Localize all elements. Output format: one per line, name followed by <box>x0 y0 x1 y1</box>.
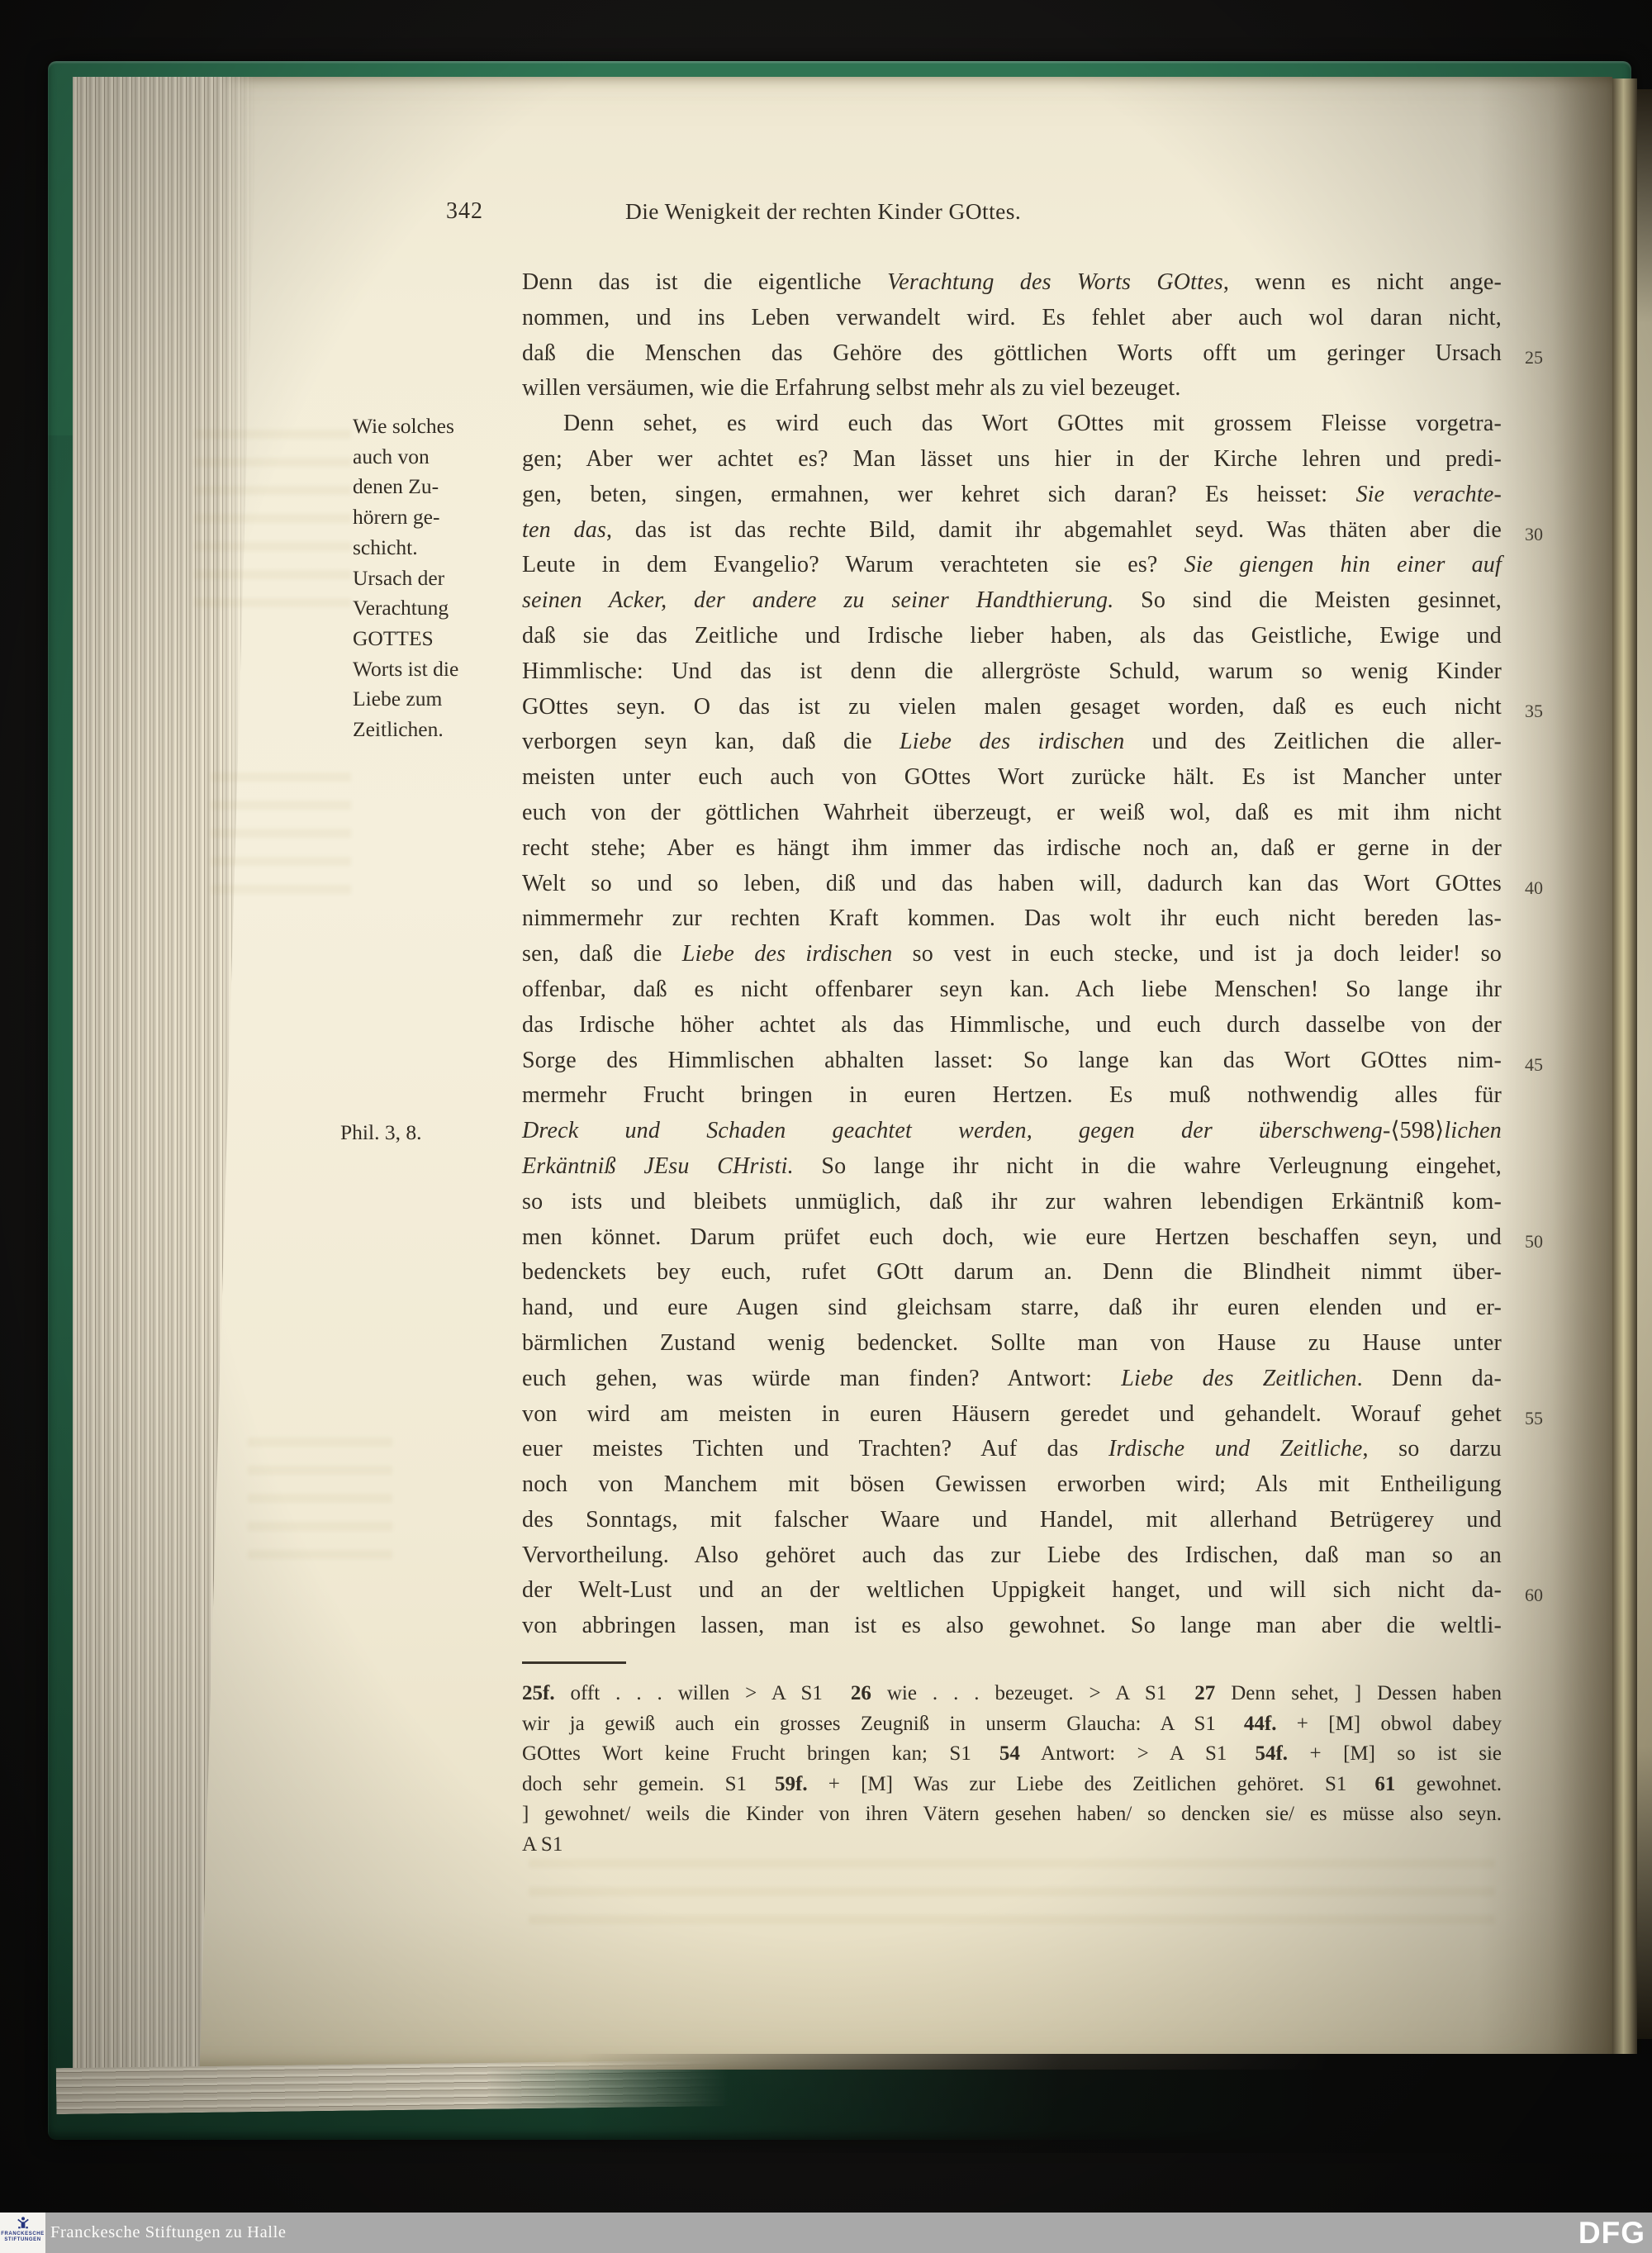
adjacent-page-edge <box>1637 89 1652 2039</box>
apparatus-line: GOttes Wort keine Frucht bringen kan; S1… <box>522 1739 1502 1770</box>
show-through-text <box>211 772 351 905</box>
text-line: Erkäntniß JEsu CHristi. So lange ihr nic… <box>522 1149 1502 1185</box>
line-number: 35 <box>1525 701 1543 722</box>
text-line: nommen, und ins Leben verwandelt wird. E… <box>522 301 1502 336</box>
shadow-overlay <box>578 2054 1652 2153</box>
margin-note: Wie solchesauch vondenen Zu-hörern ge-sc… <box>353 411 514 745</box>
text-line: seinen Acker, der andere zu seiner Handt… <box>522 583 1502 619</box>
text-line: Sorge des Himmlischen abhalten lasset: S… <box>522 1043 1502 1079</box>
text-line: Welt so und so leben, diß und das haben … <box>522 867 1502 902</box>
margin-note-line: Liebe zum <box>353 684 514 715</box>
apparatus-line: 25f. offt . . . willen > A S126 wie . . … <box>522 1679 1502 1709</box>
line-number: 40 <box>1525 877 1543 899</box>
margin-note-line: Zeitlichen. <box>353 715 514 745</box>
margin-note-line: auch von <box>353 442 514 473</box>
apparatus-line: ] gewohnet/ weils die Kinder von ihren V… <box>522 1799 1502 1830</box>
line-number: 25 <box>1525 347 1543 368</box>
text-line: Dreck und Schaden geachtet werden, gegen… <box>522 1114 1502 1149</box>
digitized-book-scan: 342 Die Wenigkeit der rechten Kinder GOt… <box>0 0 1652 2253</box>
text-line: der Welt-Lust und an der weltlichen Uppi… <box>522 1573 1502 1609</box>
body-text: Denn das ist die eigentliche Verachtung … <box>522 265 1502 1644</box>
text-line: euer meistes Tichten und Trachten? Auf d… <box>522 1432 1502 1467</box>
text-line: ten das, das ist das rechte Bild, damit … <box>522 513 1502 549</box>
text-line: daß die Menschen das Gehöre des göttlich… <box>522 336 1502 372</box>
institution-name: Franckesche Stiftungen zu Halle <box>50 2213 287 2253</box>
text-line: gen, beten, singen, ermahnen, wer kehret… <box>522 478 1502 513</box>
text-line: men könnet. Darum prüfet euch doch, wie … <box>522 1220 1502 1256</box>
franckesche-stiftungen-logo-box: FRANCKESCHE STIFTUNGEN <box>0 2213 45 2253</box>
text-line: recht stehe; Aber es hängt ihm immer das… <box>522 831 1502 867</box>
text-line: das Irdische höher achtet als das Himmli… <box>522 1008 1502 1043</box>
apparatus-line: doch sehr gemein. S159f. + [M] Was zur L… <box>522 1770 1502 1800</box>
text-line: von abbringen lassen, man ist es also ge… <box>522 1609 1502 1644</box>
text-line: Himmlische: Und das ist denn die allergr… <box>522 654 1502 690</box>
text-line: meisten unter euch auch von GOttes Wort … <box>522 760 1502 796</box>
text-line: von wird am meisten in euren Häusern ger… <box>522 1397 1502 1433</box>
franckesche-figure-icon <box>15 2215 31 2232</box>
margin-note-line: schicht. <box>353 533 514 563</box>
page-number: 342 <box>446 198 483 225</box>
show-through-text <box>194 430 351 620</box>
text-line: nimmermehr zur rechten Kraft kommen. Das… <box>522 901 1502 937</box>
line-number: 30 <box>1525 524 1543 545</box>
text-line: Denn das ist die eigentliche Verachtung … <box>522 265 1502 301</box>
text-line: offenbar, daß es nicht offenbarer seyn k… <box>522 972 1502 1008</box>
book-gutter <box>1612 78 1637 2063</box>
apparatus-line: wir ja gewiß auch ein grosses Zeugniß in… <box>522 1709 1502 1740</box>
margin-note-line: denen Zu- <box>353 472 514 502</box>
margin-note-line: Verachtung <box>353 593 514 624</box>
text-line: verborgen seyn kan, daß die Liebe des ir… <box>522 725 1502 760</box>
text-line: willen versäumen, wie die Erfahrung selb… <box>522 371 1502 406</box>
line-number: 60 <box>1525 1585 1543 1606</box>
text-line: Leute in dem Evangelio? Warum verachtete… <box>522 548 1502 583</box>
text-line: Denn sehet, es wird euch das Wort GOttes… <box>522 406 1502 442</box>
footnote-separator-rule <box>522 1661 626 1664</box>
text-line: bärmlichen Zustand wenig bedencket. Soll… <box>522 1326 1502 1362</box>
logo-caption-line2: STIFTUNGEN <box>0 2237 45 2243</box>
show-through-text <box>248 1438 392 1561</box>
margin-note-line: Wie solches <box>353 411 514 442</box>
text-line: noch von Manchem mit bösen Gewissen erwo… <box>522 1467 1502 1503</box>
margin-note-line: hörern ge- <box>353 502 514 533</box>
text-line: euch gehen, was würde man finden? Antwor… <box>522 1362 1502 1397</box>
critical-apparatus: 25f. offt . . . willen > A S126 wie . . … <box>522 1679 1502 1861</box>
text-line: GOttes seyn. O das ist zu vielen malen g… <box>522 690 1502 725</box>
apparatus-line: A S1 <box>522 1830 1502 1861</box>
margin-note-line: GOTTES <box>353 624 514 654</box>
line-number: 50 <box>1525 1231 1543 1252</box>
logo-caption-line1: FRANCKESCHE <box>0 2232 45 2237</box>
margin-note-bible-reference: Phil. 3, 8. <box>340 1120 421 1145</box>
line-number: 55 <box>1525 1408 1543 1429</box>
text-line: hand, und eure Augen sind gleichsam star… <box>522 1290 1502 1326</box>
footer-bar: Franckesche Stiftungen zu Halle DFG <box>45 2213 1652 2253</box>
text-line: euch von der göttlichen Wahrheit überzeu… <box>522 796 1502 831</box>
text-line: bedenckets bey euch, rufet GOtt darum an… <box>522 1255 1502 1290</box>
text-line: Vervortheilung. Also gehöret auch das zu… <box>522 1538 1502 1574</box>
margin-note-line: Ursach der <box>353 563 514 594</box>
text-line: mermehr Frucht bringen in euren Hertzen.… <box>522 1078 1502 1114</box>
text-line: daß sie das Zeitliche und Irdische liebe… <box>522 619 1502 654</box>
text-line: so ists und bleibets unmüglich, daß ihr … <box>522 1185 1502 1220</box>
line-number: 45 <box>1525 1054 1543 1076</box>
show-through-text <box>529 1859 1495 1937</box>
running-header: Die Wenigkeit der rechten Kinder GOttes. <box>625 198 1021 225</box>
text-line: gen; Aber wer achtet es? Man lässet uns … <box>522 442 1502 478</box>
dfg-logo: DFG <box>1578 2216 1645 2253</box>
text-line: des Sonntags, mit falscher Waare und Han… <box>522 1503 1502 1538</box>
margin-note-line: Worts ist die <box>353 654 514 685</box>
text-line: sen, daß die Liebe des irdischen so vest… <box>522 937 1502 972</box>
